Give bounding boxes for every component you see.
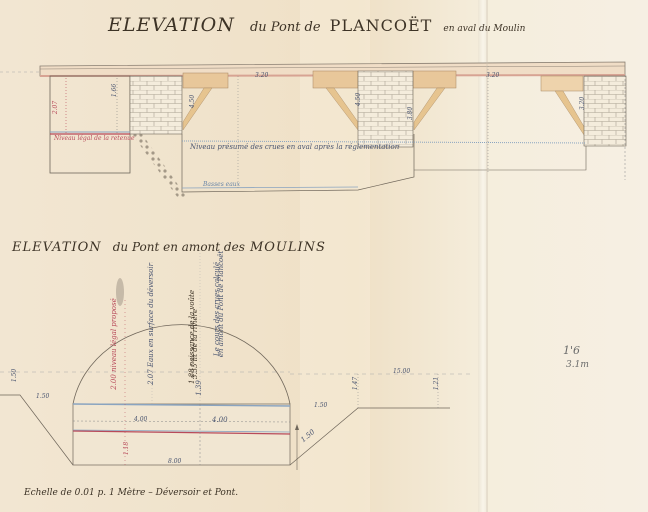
dim-span-top: 15.00	[393, 368, 410, 375]
dim-left-150: 1.50	[36, 393, 49, 400]
dim-height: 1.18	[123, 442, 130, 455]
annot-weir: 2.07 Eaux en surface du déversoir	[147, 263, 155, 385]
annot-upstream: en amont du Pont de Plancoët	[217, 251, 225, 357]
dim-inner-left: 4.00	[134, 416, 147, 423]
scale-note: Echelle de 0.01 p. 1 Mètre – Déversoir e…	[24, 488, 238, 498]
dim-inner-right: 4.00	[212, 416, 228, 424]
dim-base: 8.00	[168, 458, 181, 465]
margin-note-1: 1'6	[563, 344, 580, 357]
bottom-elevation-drawing	[0, 0, 648, 512]
annot-legal-level: 2.00 niveau légal proposé	[110, 298, 118, 390]
annot-val-139: 1.39	[195, 380, 203, 396]
dim-right-b: 1.21	[433, 377, 440, 390]
dim-left-side: 1.50	[11, 369, 18, 382]
dim-right-a: 1.47	[352, 377, 359, 390]
margin-note-2: 3.1m	[566, 360, 589, 370]
dim-right-150: 1.50	[314, 402, 327, 409]
annot-sill: 3.35 lit de la rivière	[191, 309, 199, 379]
